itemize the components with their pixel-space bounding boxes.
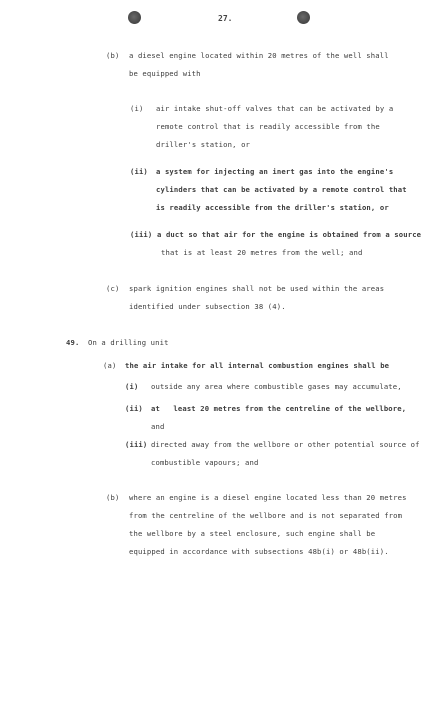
document-page: 27. (b) a diesel engine located within 2… bbox=[0, 0, 432, 709]
clause-49a-ii-line-1: at least 20 metres from the centreline o… bbox=[151, 404, 406, 413]
clause-49b-line-1: where an engine is a diesel engine locat… bbox=[129, 493, 407, 502]
clause-48b-iii-line-1: a duct so that air for the engine is obt… bbox=[157, 230, 421, 239]
clause-48b-label: (b) bbox=[106, 51, 119, 60]
clause-48b-line-2: be equipped with bbox=[129, 69, 201, 78]
clause-48b-ii-line-3: is readily accessible from the driller's… bbox=[156, 203, 389, 212]
clause-48c-line-2: identified under subsection 38 (4). bbox=[129, 302, 286, 311]
clause-49a-ii-label: (ii) bbox=[125, 404, 143, 413]
clause-48b-iii-label: (iii) bbox=[130, 230, 152, 239]
clause-49a-iii-line-2: combustible vapours; and bbox=[151, 458, 258, 467]
clause-48b-i-line-1: air intake shut-off valves that can be a… bbox=[156, 104, 393, 113]
clause-49b-line-2: from the centreline of the wellbore and … bbox=[129, 511, 402, 520]
punch-hole-left bbox=[128, 11, 141, 24]
clause-48b-i-line-3: driller's station, or bbox=[156, 140, 250, 149]
clause-49b-label: (b) bbox=[106, 493, 119, 502]
clause-48c-line-1: spark ignition engines shall not be used… bbox=[129, 284, 384, 293]
clause-49a-i-label: (i) bbox=[125, 382, 138, 391]
section-49-number: 49. bbox=[66, 338, 79, 347]
page-number: 27. bbox=[218, 14, 232, 23]
clause-49a-iii-line-1: directed away from the wellbore or other… bbox=[151, 440, 420, 449]
clause-48b-line-1: a diesel engine located within 20 metres… bbox=[129, 51, 389, 60]
clause-49b-line-4: equipped in accordance with subsections … bbox=[129, 547, 389, 556]
clause-48b-ii-label: (ii) bbox=[130, 167, 148, 176]
punch-hole-right bbox=[297, 11, 310, 24]
clause-49a-label: (a) bbox=[103, 361, 116, 370]
clause-48b-ii-line-1: a system for injecting an inert gas into… bbox=[156, 167, 393, 176]
clause-48b-iii-line-2: that is at least 20 metres from the well… bbox=[161, 248, 362, 257]
clause-49a-i-line-1: outside any area where combustible gases… bbox=[151, 382, 402, 391]
clause-48c-label: (c) bbox=[106, 284, 119, 293]
clause-48b-i-label: (i) bbox=[130, 104, 143, 113]
clause-49a-iii-label: (iii) bbox=[125, 440, 147, 449]
section-49-heading: On a drilling unit bbox=[88, 338, 169, 347]
clause-48b-i-line-2: remote control that is readily accessibl… bbox=[156, 122, 380, 131]
clause-49b-line-3: the wellbore by a steel enclosure, such … bbox=[129, 529, 375, 538]
clause-48b-ii-line-2: cylinders that can be activated by a rem… bbox=[156, 185, 407, 194]
clause-49a-text: the air intake for all internal combusti… bbox=[125, 361, 389, 370]
clause-49a-ii-line-2: and bbox=[151, 422, 164, 431]
